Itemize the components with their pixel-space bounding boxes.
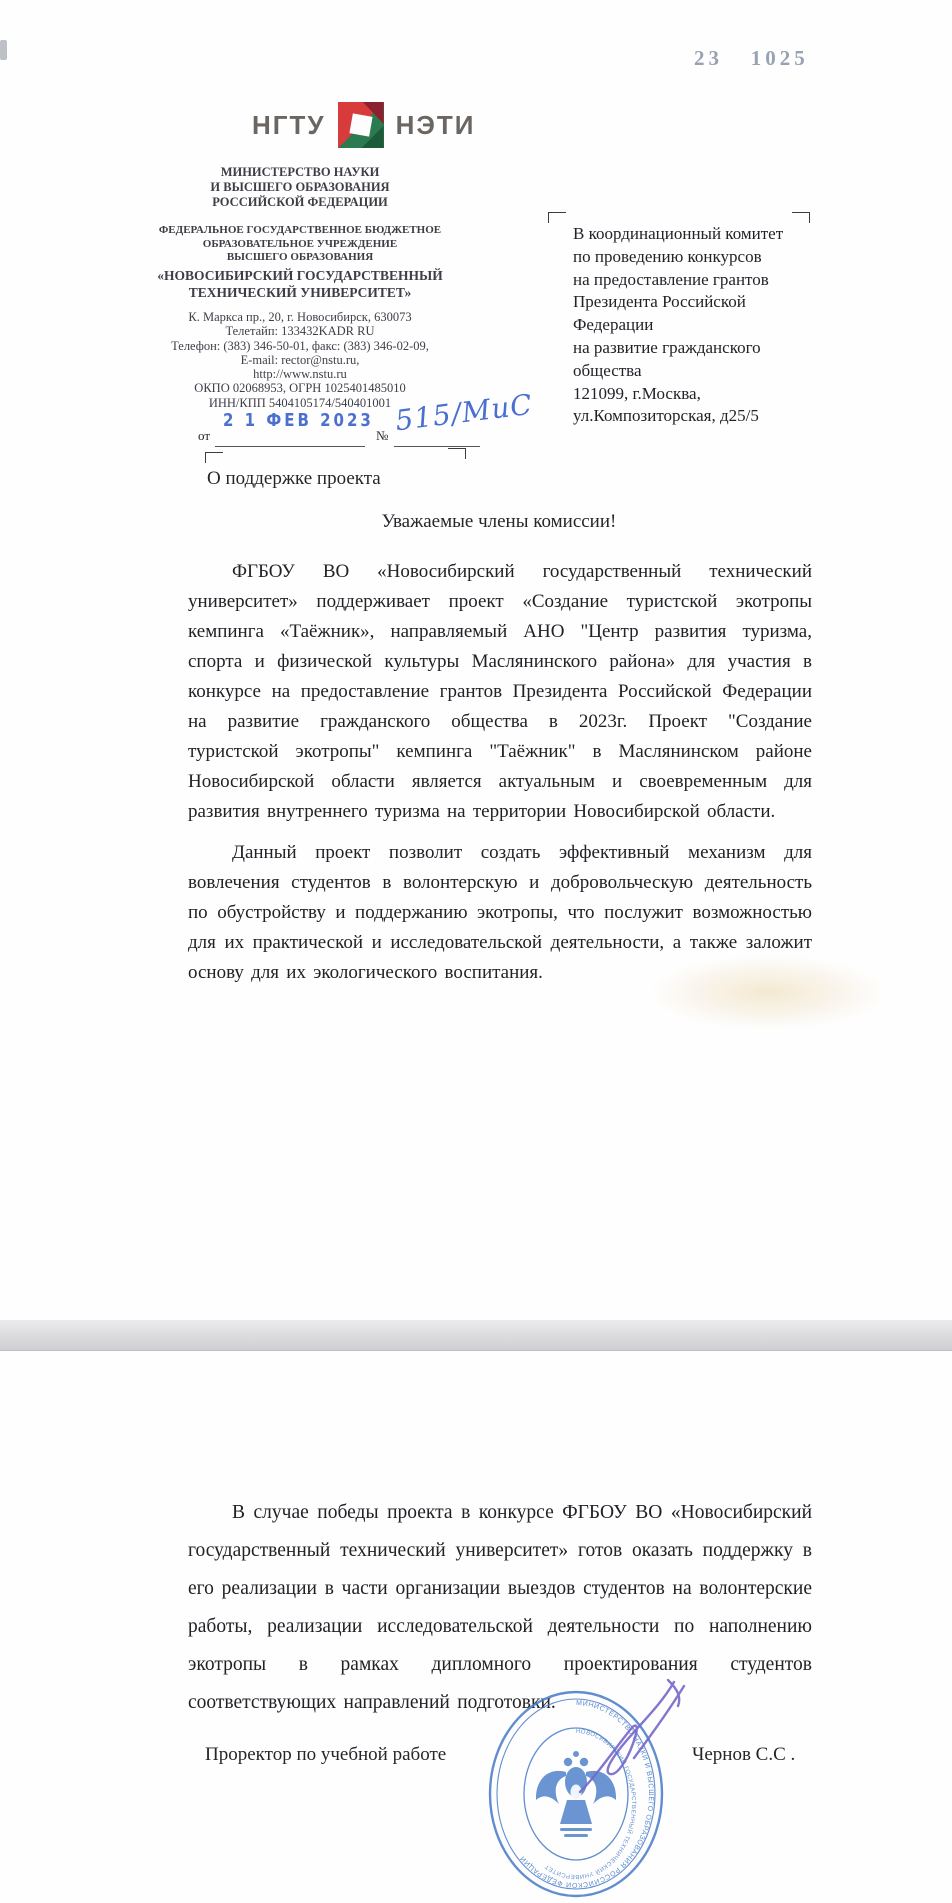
corner-mark	[792, 212, 810, 223]
corner-mark	[548, 212, 566, 223]
page-divider	[0, 1320, 952, 1351]
date-label: от	[198, 428, 210, 444]
number-underline	[394, 446, 480, 447]
university-name: «НОВОСИБИРСКИЙ ГОСУДАРСТВЕННЫЙ ТЕХНИЧЕСК…	[140, 268, 460, 301]
body-paragraph-1: ФГБОУ ВО «Новосибирский государственный …	[188, 557, 812, 827]
archive-page-number: 23 1025	[694, 46, 809, 71]
subject-line: О поддержке проекта	[207, 468, 381, 490]
scan-smudge	[648, 955, 888, 1030]
organization-type: ФЕДЕРАЛЬНОЕ ГОСУДАРСТВЕННОЕ БЮДЖЕТНОЕ ОБ…	[140, 224, 460, 265]
logo-white-square	[349, 113, 372, 136]
logo-word-ngtu: НГТУ	[252, 110, 326, 141]
date-underline	[215, 446, 365, 447]
university-contacts: К. Маркса пр., 20, г. Новосибирск, 63007…	[140, 310, 460, 410]
logo-word-neti: НЭТИ	[396, 110, 476, 141]
ministry-name: МИНИСТЕРСТВО НАУКИ И ВЫСШЕГО ОБРАЗОВАНИЯ…	[140, 165, 460, 210]
signer-position: Проректор по учебной работе	[205, 1744, 446, 1766]
handwritten-signature	[556, 1672, 706, 1822]
scan-artifact	[0, 40, 7, 60]
recipient-address: В координационный комитет по проведению …	[573, 223, 823, 428]
date-stamp: 2 1 ФЕВ 2023	[223, 409, 374, 431]
corner-mark	[448, 448, 466, 459]
salutation: Уважаемые члены комиссии!	[188, 511, 810, 533]
nstu-logo: НГТУ НЭТИ	[252, 102, 475, 148]
nstu-logo-icon	[338, 102, 384, 148]
corner-mark	[205, 452, 223, 463]
scanned-letter: 23 1025 НГТУ НЭТИ МИНИСТЕРСТВО НАУКИ И В…	[0, 0, 952, 1903]
signer-name: Чернов С.С .	[692, 1744, 795, 1766]
number-label: №	[376, 428, 388, 444]
